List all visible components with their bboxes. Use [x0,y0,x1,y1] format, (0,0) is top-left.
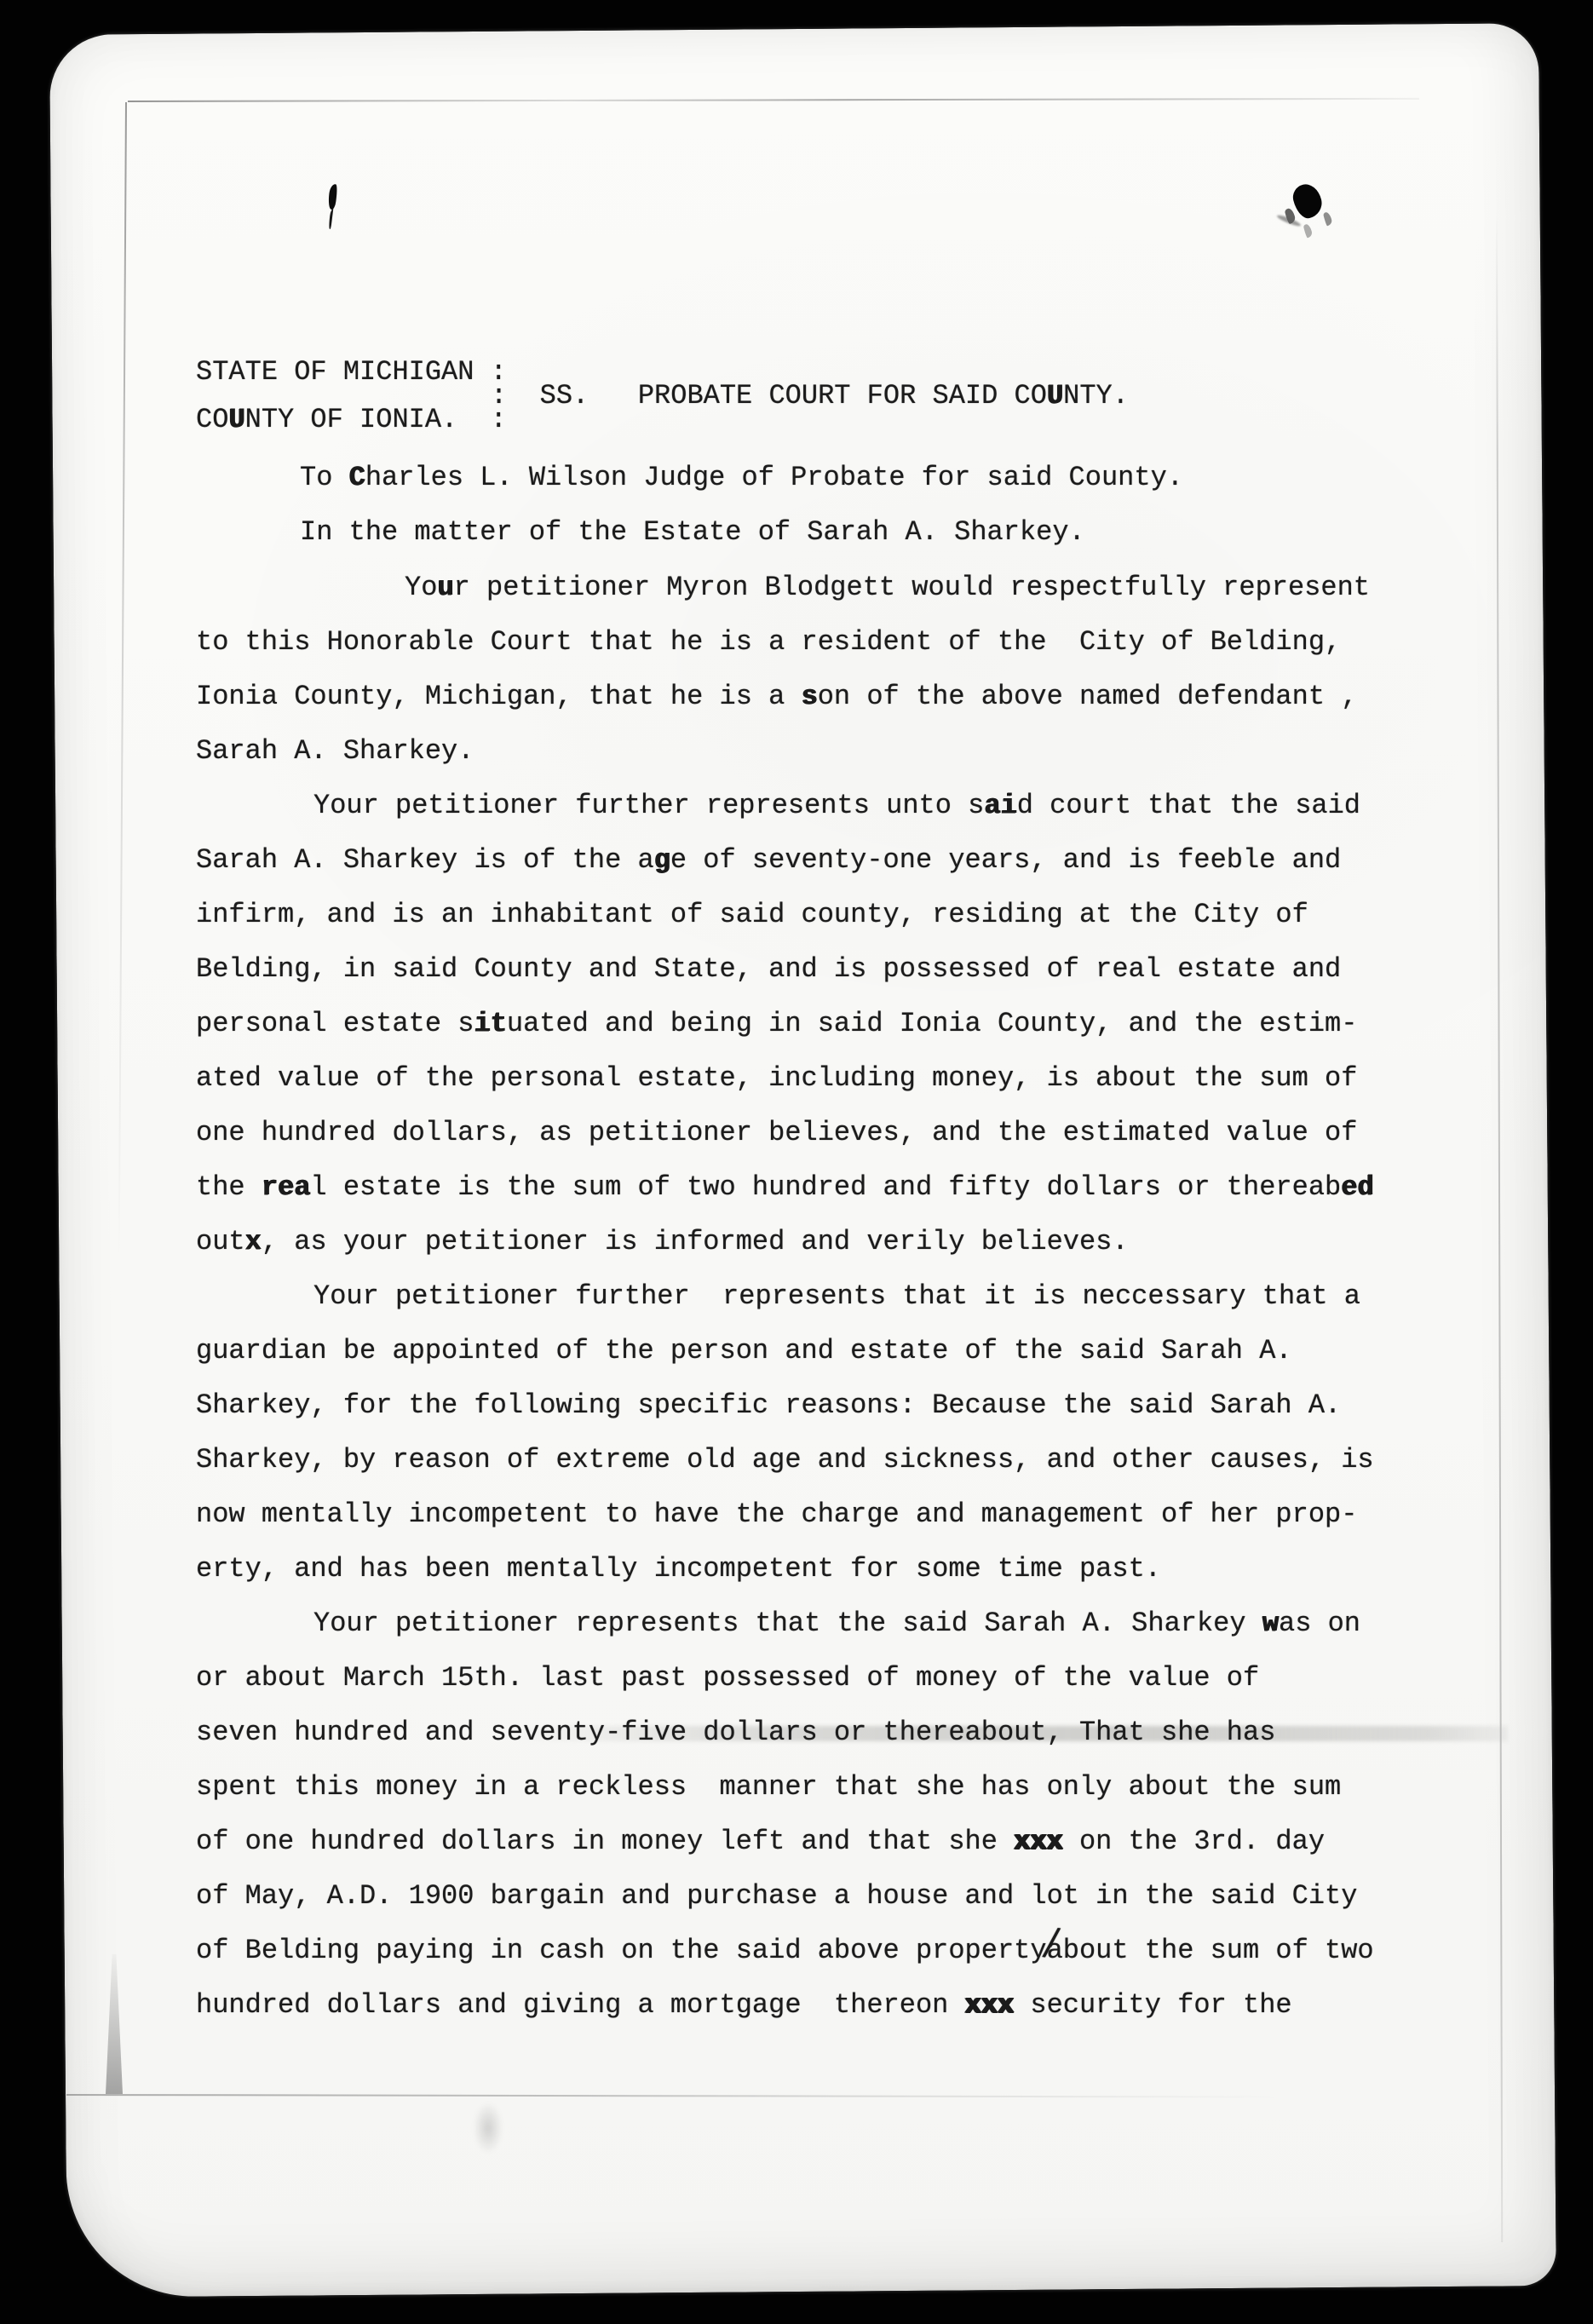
text-segment: of May, A.D. 1900 bargain and purchase a… [196,1880,1357,1912]
text-segment: Sharkey, for the following specific reas… [196,1389,1341,1421]
text-segment: Sarah A. Sharkey. [196,735,474,767]
text-segment: harles L. Wilson Judge of Probate for sa… [365,462,1183,493]
text-segment: of one hundred dollars in money left and… [196,1826,1014,1857]
body-line-23: spent this money in a reckless manner th… [196,1774,1341,1801]
text-segment: Your petitioner further represents that … [313,1280,1360,1312]
body-line-20: Your petitioner represents that the said… [313,1610,1360,1637]
text-segment: on the 3rd. day [1063,1826,1325,1857]
text-segment: U [1047,380,1063,411]
text-segment: Sarah A. Sharkey is of the a [196,844,654,876]
text-segment: now mentally incompetent to have the cha… [196,1499,1357,1530]
body-line-13: outx, as your petitioner is informed and… [196,1228,1129,1256]
struck-out-word: xxx [965,1989,1015,2021]
body-line-7: infirm, and is an inhabitant of said cou… [196,901,1308,929]
salutation-line: To Charles L. Wilson Judge of Probate fo… [300,464,1183,492]
matter-line: In the matter of the Estate of Sarah A. … [300,519,1085,546]
text-segment: s [802,681,818,712]
text-segment: d court that the said [1017,790,1360,821]
text-segment: U [228,404,244,435]
text-segment: r petitioner Myron Blodgett would respec… [454,572,1370,603]
text-segment: Belding, in said County and State, and i… [196,953,1341,985]
text-segment: one hundred dollars, as petitioner belie… [196,1117,1357,1148]
text-segment: STATE OF MICHIGAN : [196,356,507,388]
scanned-document-screen: STATE OF MICHIGAN :: SS. PROBATE COURT F… [0,0,1593,2324]
body-line-11: one hundred dollars, as petitioner belie… [196,1119,1357,1147]
text-segment: w [1262,1608,1279,1639]
text-segment: Your petitioner represents that the said… [313,1608,1262,1639]
body-line-21: or about March 15th. last past possessed… [196,1665,1259,1692]
body-line-6: Sarah A. Sharkey is of the age of sevent… [196,847,1341,874]
struck-out-word: xxx [1014,1826,1063,1857]
text-segment: infirm, and is an inhabitant of said cou… [196,899,1308,930]
text-segment: out [196,1226,245,1257]
text-segment: as on [1279,1608,1360,1639]
text-segment: it [474,1008,506,1039]
text-segment: , as your petitioner is informed and ver… [262,1226,1129,1257]
text-segment: about the sum of two [1047,1935,1374,1966]
text-segment: hundred dollars and giving a mortgage th… [196,1989,965,2021]
body-line-25: of May, A.D. 1900 bargain and purchase a… [196,1883,1357,1910]
text-segment: CO [196,404,228,435]
text-segment: personal estate s [196,1008,474,1039]
text-segment: u [437,572,453,603]
body-line-15: guardian be appointed of the person and … [196,1337,1292,1365]
ss-probate-court-line: : SS. PROBATE COURT FOR SAID COUNTY. [491,383,1129,410]
text-segment: erty, and has been mentally incompetent … [196,1553,1161,1585]
text-segment: spent this money in a reckless manner th… [196,1771,1341,1803]
body-line-12: the real estate is the sum of two hundre… [196,1174,1374,1201]
text-segment: l estate is the sum of two hundred and f… [310,1171,1341,1203]
text-segment: ed [1341,1171,1373,1203]
body-line-2: to this Honorable Court that he is a res… [196,629,1341,656]
body-line-16: Sharkey, for the following specific reas… [196,1392,1341,1419]
text-segment: Sharkey, by reason of extreme old age an… [196,1444,1374,1476]
body-line-10: ated value of the personal estate, inclu… [196,1065,1357,1092]
county-of-ionia-line: COUNTY OF IONIA. : [196,406,507,434]
state-of-michigan-line: STATE OF MICHIGAN : [196,359,507,386]
text-segment: NTY. [1063,380,1129,411]
body-line-17: Sharkey, by reason of extreme old age an… [196,1447,1374,1474]
text-segment: uated and being in said Ionia County, an… [507,1008,1358,1039]
text-segment: Ionia County, Michigan, that he is a [196,681,802,712]
body-line-8: Belding, in said County and State, and i… [196,956,1341,983]
body-line-24: of one hundred dollars in money left and… [196,1828,1372,1855]
text-segment: or about March 15th. last past possessed… [196,1662,1259,1694]
body-line-14: Your petitioner further represents that … [313,1283,1360,1310]
text-segment: : SS. PROBATE COURT FOR SAID CO [491,380,1047,411]
text-segment: Your petitioner further represents unto … [313,790,984,821]
text-segment: To [300,462,349,493]
text-segment: rea [262,1171,311,1203]
body-line-1: Your petitioner Myron Blodgett would res… [405,574,1370,601]
body-line-19: erty, and has been mentally incompetent … [196,1556,1161,1583]
text-segment: seven hundred and seventy-five dollars o… [196,1717,1275,1748]
text-segment: In the matter of the Estate of Sarah A. … [300,516,1085,548]
text-segment: the [196,1171,262,1203]
body-line-3: Ionia County, Michigan, that he is a son… [196,683,1357,710]
text-segment: of Belding paying in cash on the said ab… [196,1935,1047,1966]
text-segment: x [245,1226,262,1257]
body-line-18: now mentally incompetent to have the cha… [196,1501,1357,1528]
text-segment: to this Honorable Court that he is a res… [196,626,1341,658]
text-segment: guardian be appointed of the person and … [196,1335,1292,1366]
body-line-22: seven hundred and seventy-five dollars o… [196,1719,1275,1746]
text-segment: on of the above named defendant , [818,681,1358,712]
text-segment: Yo [405,572,437,603]
text-segment: C [349,462,365,493]
text-segment: e of seventy-one years, and is feeble an… [670,844,1341,876]
body-line-27: hundred dollars and giving a mortgage th… [196,1992,1332,2019]
body-line-9: personal estate situated and being in sa… [196,1010,1357,1038]
text-segment: g [654,844,670,876]
text-segment: ated value of the personal estate, inclu… [196,1062,1357,1094]
body-line-5: Your petitioner further represents unto … [313,792,1360,820]
body-line-4: Sarah A. Sharkey. [196,738,474,765]
text-segment: security for the [1014,1989,1291,2021]
text-segment: ai [984,790,1016,821]
text-segment: NTY OF IONIA. : [245,404,507,435]
body-line-26: of Belding paying in cash on the said ab… [196,1937,1374,1964]
